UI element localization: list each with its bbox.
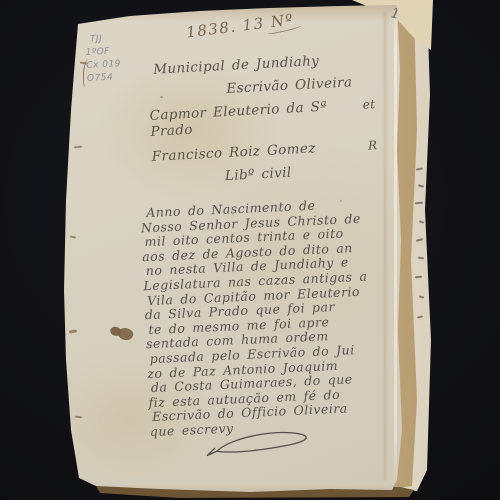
edge-ink-mark: [418, 257, 424, 260]
title-line: Municipal de Jundiahy: [153, 50, 376, 78]
edge-ink-mark: [415, 202, 423, 205]
ink-blot: [116, 325, 135, 342]
paper-crease: [384, 12, 386, 480]
title-line: Capmor Eleuterio da Sª Prado et: [149, 96, 378, 140]
page-edge-highlight: [394, 8, 397, 484]
edge-ink-mark: [418, 184, 424, 187]
date-annotation: 1838. 13 Nº: [185, 7, 326, 44]
binding-stitch-mark: [74, 146, 82, 149]
body-text: Anno do Nascimento de Nosso Senhor Jesus…: [140, 196, 390, 440]
edge-ink-mark: [419, 220, 424, 224]
binding-stitch-mark: [75, 416, 82, 419]
title-line: Escrivão Oliveira: [226, 73, 377, 97]
margin-mark: R: [368, 137, 380, 154]
photo-canvas: TJJ 1ºOF Cx 019 O754 1838. 13 Nº 1 Munic…: [0, 0, 500, 500]
edge-ink-mark: [417, 315, 423, 318]
edge-ink-mark: [415, 276, 422, 279]
binding-stitch-mark: [69, 329, 77, 333]
binding-stitch-mark: [70, 235, 76, 238]
title-line-text: Capmor Eleuterio da Sª Prado: [149, 97, 364, 140]
margin-mark: et: [362, 96, 378, 129]
edge-ink-mark: [419, 295, 424, 298]
title-line-text: Francisco Roiz Gomez: [151, 140, 316, 165]
edge-ink-mark: [416, 238, 423, 242]
edge-ink-mark: [416, 167, 423, 170]
title-line: Francisco Roiz Gomez R: [151, 137, 380, 165]
label-bracket: [82, 59, 92, 88]
title-line: Libº civil: [225, 160, 382, 184]
archival-label-line: O754: [87, 71, 122, 86]
title-block: Municipal de Jundiahy Escrivão Oliveira …: [147, 50, 381, 188]
signature-flourish: [202, 427, 323, 460]
